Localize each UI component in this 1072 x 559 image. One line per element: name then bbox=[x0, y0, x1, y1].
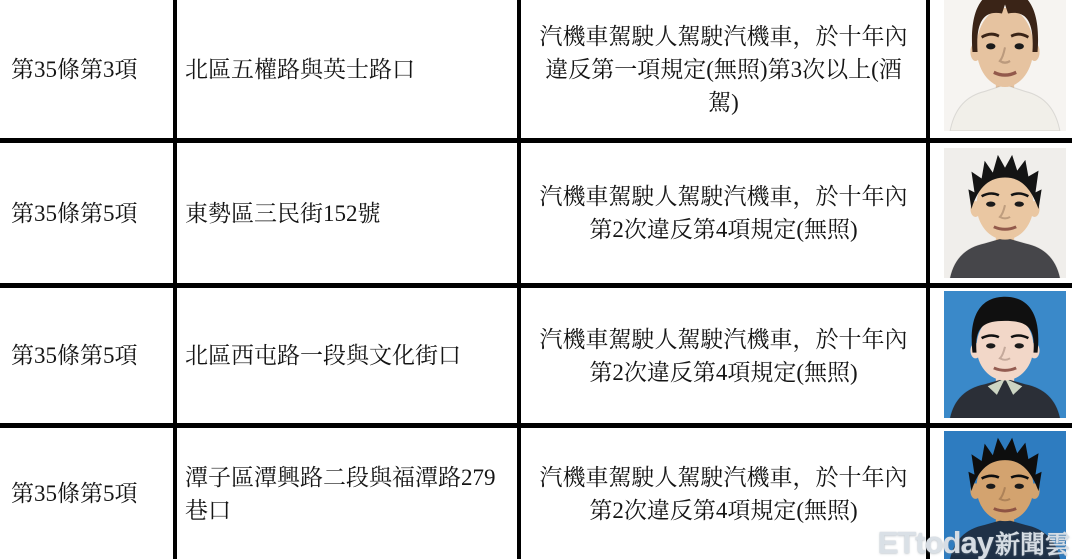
location-cell: 潭子區潭興路二段與福潭路279 巷口 bbox=[173, 428, 517, 559]
location-cell: 東勢區三民街152號 bbox=[173, 143, 517, 283]
article-text: 第35條第5項 bbox=[11, 197, 138, 230]
article-text: 第35條第5項 bbox=[11, 477, 138, 510]
article-text: 第35條第3項 bbox=[11, 53, 138, 86]
location-text: 潭子區潭興路二段與福潭路279 巷口 bbox=[185, 461, 496, 527]
violation-text: 汽機車駕駛人駕駛汽機車，於十年內 第2次違反第4項規定(無照) bbox=[540, 180, 908, 246]
photo-cell bbox=[926, 0, 1072, 138]
article-cell: 第35條第5項 bbox=[0, 428, 173, 559]
table-row: 第35條第5項 東勢區三民街152號 汽機車駕駛人駕駛汽機車，於十年內 第2次違… bbox=[0, 138, 1072, 283]
violation-text: 汽機車駕駛人駕駛汽機車，於十年內 第2次違反第4項規定(無照) bbox=[540, 323, 908, 389]
traffic-violation-table: 第35條第3項 北區五權路與英士路口 汽機車駕駛人駕駛汽機車，於十年內 違反第一… bbox=[0, 0, 1072, 559]
location-text: 北區五權路與英士路口 bbox=[185, 53, 415, 86]
article-cell: 第35條第3項 bbox=[0, 0, 173, 138]
watermark-suffix-text: 新聞雲 bbox=[995, 533, 1070, 558]
portrait-photo bbox=[944, 0, 1066, 131]
location-text: 東勢區三民街152號 bbox=[185, 197, 381, 230]
watermark-brand-text: ETtoday bbox=[878, 527, 993, 558]
table-row: 第35條第5項 北區西屯路一段與文化街口 汽機車駕駛人駕駛汽機車，於十年內 第2… bbox=[0, 283, 1072, 423]
violation-text: 汽機車駕駛人駕駛汽機車，於十年內 違反第一項規定(無照)第3次以上(酒 駕) bbox=[540, 20, 908, 119]
article-cell: 第35條第5項 bbox=[0, 143, 173, 283]
photo-cell bbox=[926, 143, 1072, 283]
location-cell: 北區西屯路一段與文化街口 bbox=[173, 288, 517, 423]
photo-cell bbox=[926, 288, 1072, 423]
article-text: 第35條第5項 bbox=[11, 339, 138, 372]
violation-text: 汽機車駕駛人駕駛汽機車，於十年內 第2次違反第4項規定(無照) bbox=[540, 461, 908, 527]
violation-cell: 汽機車駕駛人駕駛汽機車，於十年內 第2次違反第4項規定(無照) bbox=[517, 143, 926, 283]
location-text: 北區西屯路一段與文化街口 bbox=[185, 339, 461, 372]
ettoday-watermark: ETtoday新聞雲 bbox=[878, 527, 1070, 558]
portrait-photo bbox=[944, 148, 1066, 278]
violation-cell: 汽機車駕駛人駕駛汽機車，於十年內 第2次違反第4項規定(無照) bbox=[517, 288, 926, 423]
portrait-photo bbox=[944, 291, 1066, 418]
location-cell: 北區五權路與英士路口 bbox=[173, 0, 517, 138]
table-row: 第35條第3項 北區五權路與英士路口 汽機車駕駛人駕駛汽機車，於十年內 違反第一… bbox=[0, 0, 1072, 138]
violation-cell: 汽機車駕駛人駕駛汽機車，於十年內 違反第一項規定(無照)第3次以上(酒 駕) bbox=[517, 0, 926, 138]
article-cell: 第35條第5項 bbox=[0, 288, 173, 423]
violation-cell: 汽機車駕駛人駕駛汽機車，於十年內 第2次違反第4項規定(無照) bbox=[517, 428, 926, 559]
